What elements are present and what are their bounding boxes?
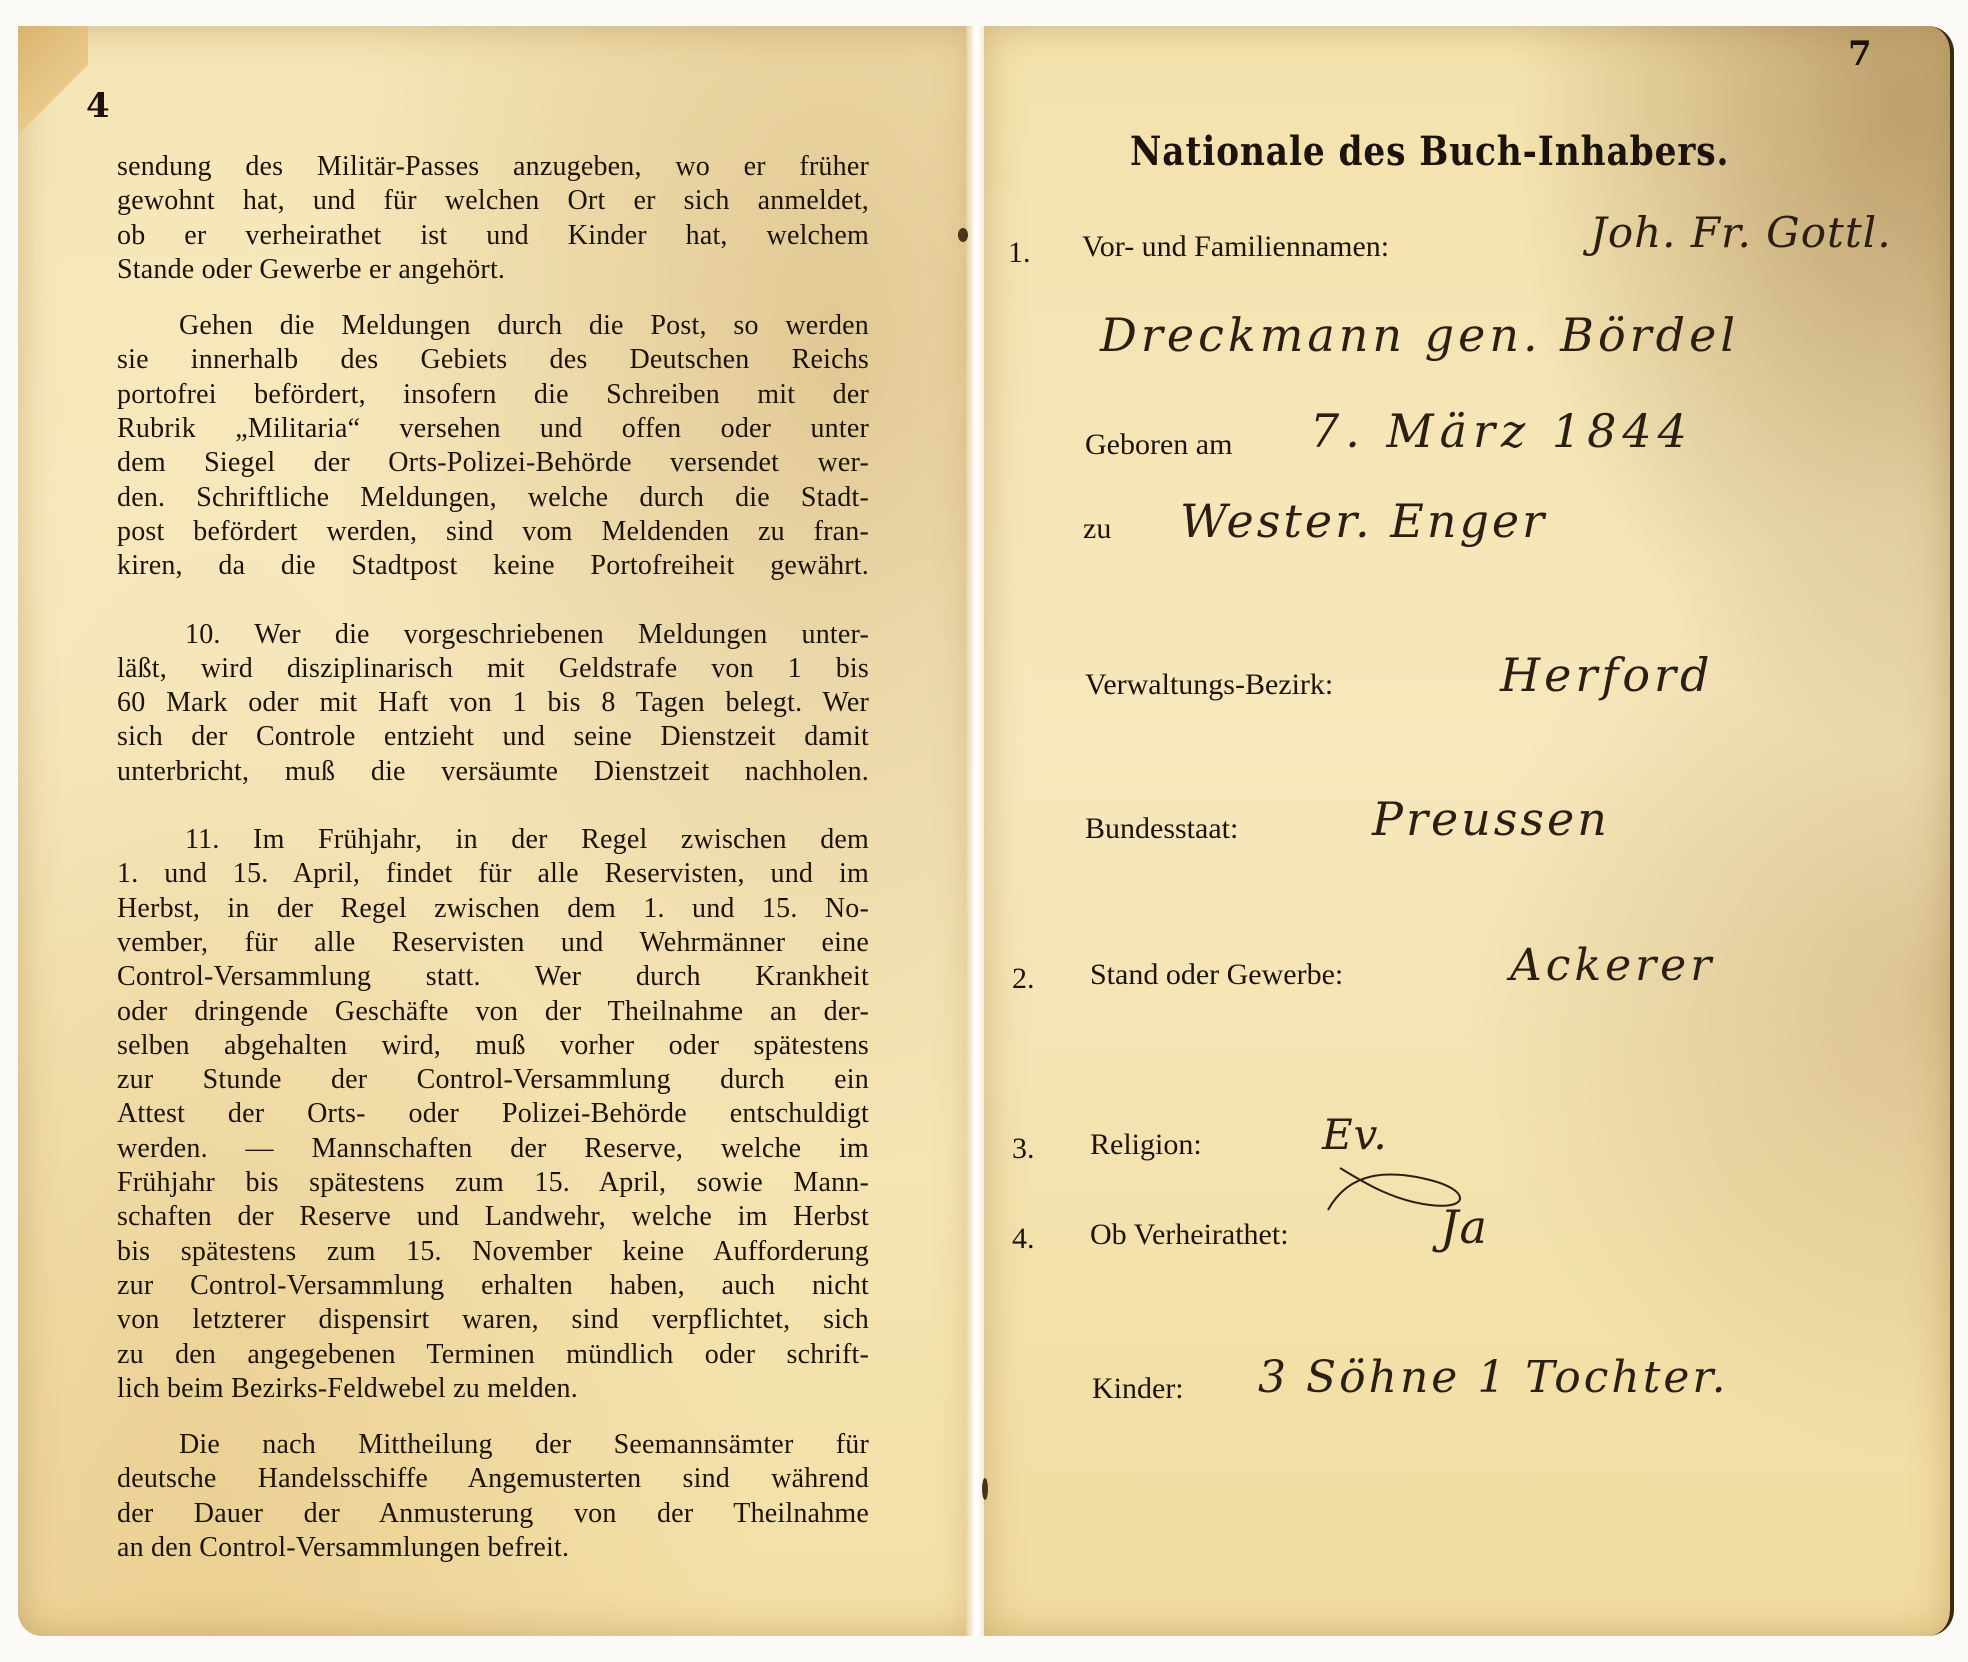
text-line: sich der Controle entzieht und seine Die… — [117, 720, 869, 754]
text-line: deutsche Handelsschiffe Angemusterten si… — [117, 1462, 869, 1496]
text-line: post befördert werden, sind vom Meldende… — [117, 515, 869, 549]
text-line: dem Siegel der Orts-Polizei-Behörde vers… — [117, 446, 869, 480]
handwritten-occupation: Ackerer — [1510, 940, 1715, 991]
text-line: bis spätestens zum 15. November keine Au… — [117, 1235, 869, 1269]
text-line: Frühjahr bis spätestens zum 15. April, s… — [117, 1166, 869, 1200]
born-at-label: zu — [1083, 512, 1111, 546]
married-label: Ob Verheirathet: — [1090, 1218, 1289, 1252]
paragraph-11: 11. Im Frühjahr, in der Regel zwischen d… — [117, 823, 869, 1406]
text-line: 1. und 15. April, findet für alle Reserv… — [117, 857, 869, 891]
text-line: von letzterer dispensirt waren, sind ver… — [117, 1303, 869, 1337]
text-line: Control-Versammlung statt. Wer durch Kra… — [117, 960, 869, 994]
field-number-3: 3. — [1012, 1132, 1035, 1166]
text-line: vember, für alle Reservisten und Wehrmän… — [117, 926, 869, 960]
handwritten-surname: Dreckmann gen. Bördel — [1100, 308, 1739, 362]
field-number-4: 4. — [1012, 1222, 1035, 1256]
text-line: der Dauer der Anmusterung von der Theiln… — [117, 1497, 869, 1531]
born-on-label: Geboren am — [1085, 428, 1232, 462]
text-line: Rubrik „Militaria“ versehen und offen od… — [117, 412, 869, 446]
text-line: zur Control-Versammlung erhalten haben, … — [117, 1269, 869, 1303]
text-line: den. Schriftliche Meldungen, welche durc… — [117, 481, 869, 515]
text-line: unterbricht, muß die versäumte Dienstzei… — [117, 755, 869, 789]
text-line: 60 Mark oder mit Haft von 1 bis 8 Tagen … — [117, 686, 869, 720]
folded-corner — [18, 26, 88, 136]
handwritten-birthplace: Wester. Enger — [1180, 494, 1547, 548]
paragraph-continuation: sendung des Militär-Passes anzugeben, wo… — [117, 150, 869, 287]
occupation-label: Stand oder Gewerbe: — [1090, 958, 1343, 992]
text-line: zur Stunde der Control-Versammlung durch… — [117, 1063, 869, 1097]
text-line: portofrei befördert, insofern die Schrei… — [117, 378, 869, 412]
page-number-right: 7 — [1848, 34, 1872, 74]
ink-speck — [982, 1478, 988, 1500]
text-line: selben abgehalten wird, muß vorher oder … — [117, 1029, 869, 1063]
state-label: Bundesstaat: — [1085, 812, 1238, 846]
page-number-left: 4 — [86, 86, 110, 126]
handwritten-first-names: Joh. Fr. Gottl. — [1590, 208, 1892, 257]
religion-label: Religion: — [1090, 1128, 1202, 1162]
handwritten-state: Preussen — [1372, 792, 1610, 846]
handwritten-birth-date: 7. März 1844 — [1310, 404, 1693, 458]
text-line: lich beim Bezirks-Feldwebel zu melden. — [117, 1372, 869, 1406]
field-number-1: 1. — [1008, 236, 1031, 270]
name-label: Vor- und Familiennamen: — [1082, 230, 1389, 264]
paragraph-10: 10. Wer die vorgeschriebenen Meldungen u… — [117, 618, 869, 789]
text-line: Herbst, in der Regel zwischen dem 1. und… — [117, 892, 869, 926]
text-line: Attest der Orts- oder Polizei-Behörde en… — [117, 1097, 869, 1131]
left-page-body: sendung des Militär-Passes anzugeben, wo… — [117, 150, 869, 1565]
text-line: sendung des Militär-Passes anzugeben, wo… — [117, 150, 869, 184]
page-title: Nationale des Buch-Inhabers. — [1130, 128, 1729, 175]
handwritten-married: Ja — [1440, 1200, 1488, 1254]
text-line: oder dringende Geschäfte von der Theilna… — [117, 995, 869, 1029]
book-spine — [966, 26, 986, 1636]
paragraph-seemann: Die nach Mittheilung der Seemannsämter f… — [117, 1428, 869, 1565]
text-line: werden. — Mannschaften der Reserve, welc… — [117, 1132, 869, 1166]
text-line: 11. Im Frühjahr, in der Regel zwischen d… — [117, 823, 869, 857]
text-line: Die nach Mittheilung der Seemannsämter f… — [117, 1428, 869, 1462]
text-line: ob er verheirathet ist und Kinder hat, w… — [117, 219, 869, 253]
paragraph-post: Gehen die Meldungen durch die Post, so w… — [117, 309, 869, 583]
text-line: an den Control-Versammlungen befreit. — [117, 1531, 869, 1565]
handwritten-children: 3 Söhne 1 Tochter. — [1258, 1352, 1729, 1403]
ink-speck — [958, 228, 968, 242]
children-label: Kinder: — [1092, 1372, 1184, 1406]
text-line: 10. Wer die vorgeschriebenen Meldungen u… — [117, 618, 869, 652]
handwritten-district: Herford — [1500, 648, 1713, 702]
district-label: Verwaltungs-Bezirk: — [1085, 668, 1333, 702]
text-line: zu den angegebenen Terminen mündlich ode… — [117, 1338, 869, 1372]
text-line: sie innerhalb des Gebiets des Deutschen … — [117, 343, 869, 377]
field-number-2: 2. — [1012, 962, 1035, 996]
text-line: schaften der Reserve und Landwehr, welch… — [117, 1200, 869, 1234]
text-line: Gehen die Meldungen durch die Post, so w… — [117, 309, 869, 343]
text-line: läßt, wird disziplinarisch mit Geldstraf… — [117, 652, 869, 686]
text-line: Stande oder Gewerbe er angehört. — [117, 253, 869, 287]
text-line: gewohnt hat, und für welchen Ort er sich… — [117, 184, 869, 218]
text-line: kiren, da die Stadtpost keine Portofreih… — [117, 549, 869, 583]
